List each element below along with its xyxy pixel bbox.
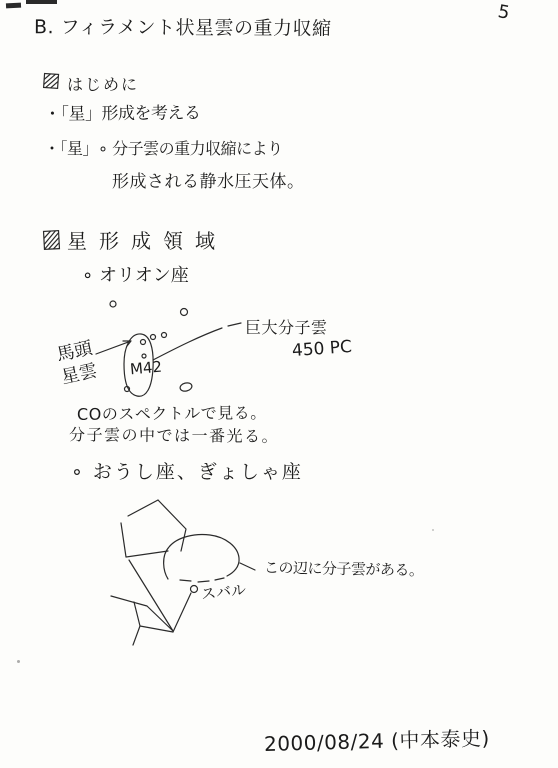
brightest-cloud-note: 分子雲の中では一番光る。 [69,425,279,446]
intro-bullet-2-continued: 形成される静水圧天体。 [112,172,305,192]
molecular-cloud-location-note: この辺に分子雲がある。 [264,559,424,580]
auriga-pentagon-outline [158,500,186,551]
subaru-pleiades-label: スバル [200,581,247,604]
orion-label: ∘ オリオン座 [82,265,189,287]
giant-cloud-dash [228,323,241,326]
pleiades-ellipse-outline [164,535,239,580]
taurus-auriga-label: ∘ おうし座、ぎょしゃ座 [71,461,303,484]
page-title: B. フィラメント状星雲の重力収縮 [34,16,332,40]
taurus-zigzag-line [129,560,173,631]
giant-molecular-cloud-label: 巨大分子雲 [245,318,328,337]
star-circle [110,301,116,307]
intro-bullet-1: ・「星」形成を考える [44,103,201,125]
horsehead-arrow [96,341,131,354]
star-circle [141,340,146,345]
hatched-square-bullet [41,228,63,252]
star-circle [142,354,146,358]
horsehead-nebula-label: 馬頭 星雲 [55,337,100,390]
star-circle [181,309,188,316]
scanned-note-page: 5 B. フィラメント状星雲の重力収縮 はじめに ・「星」形成を考える ・「星」… [0,0,558,768]
taurus-auriga-sketch [111,500,255,645]
star-oval [179,382,193,393]
giant-cloud-curve [153,328,222,360]
auriga-pentagon-outline [128,500,158,516]
taurus-zigzag-line [133,602,140,645]
star-circle [125,387,130,392]
auriga-pentagon-outline [121,523,168,557]
taurus-zigzag-line [173,593,191,632]
page-number: 5 [496,1,511,24]
taurus-zigzag-line [111,596,173,631]
pleiades-ellipse-dashes [180,578,224,582]
distance-450pc-label: 450 PC [291,337,352,362]
intro-bullet-2: ・「星」∘ 分子雲の重力収縮により [44,139,283,158]
hatched-square-bullet [42,72,62,92]
co-spectrum-note: COのスペクトルで見る。 [77,403,267,424]
scan-artifact-mark [6,3,21,9]
scan-speck [17,660,20,663]
section-heading-intro: はじめに [67,75,139,94]
star-circle [151,335,156,340]
scan-speck [432,529,434,531]
scan-artifact-mark [26,0,57,4]
taurus-zigzag-line [140,626,173,632]
date-author-signature: 2000/08/24 (中本泰史) [264,726,490,756]
subaru-star-circle [191,586,198,593]
section-heading-star-forming-regions: 星形成領域 [67,229,227,253]
m42-label: M42 [129,358,162,379]
star-circle [162,333,167,338]
orion-sketch [96,301,241,396]
cloud-note-leader-line [240,563,255,570]
